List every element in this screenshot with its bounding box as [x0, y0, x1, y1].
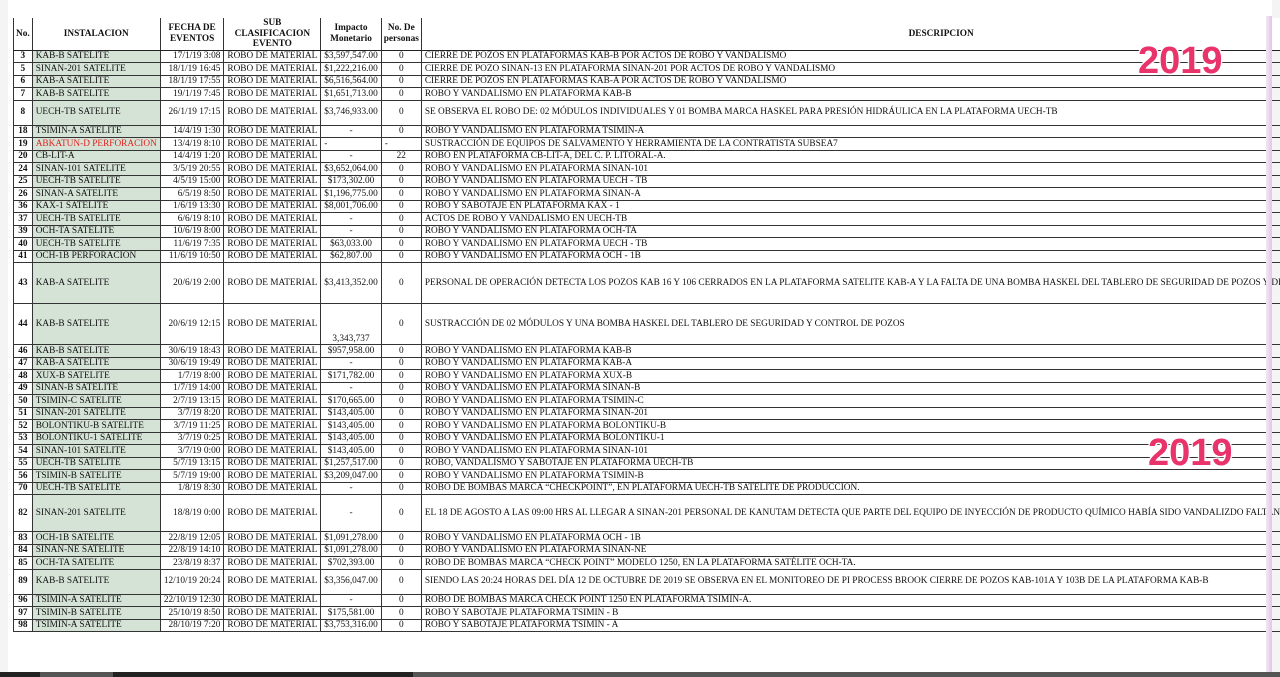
cell-descripcion: ROBO Y VANDALISMO EN PLATAFORMA UECH - T… [421, 175, 1280, 188]
cell-instalacion: UECH-TB SATELITE [32, 238, 160, 251]
table-row: 43KAB-A SATELITE20/6/19 2:00ROBO DE MATE… [14, 263, 1280, 304]
document-page: No. INSTALACION FECHA DE EVENTOS SUB CLA… [8, 0, 1272, 672]
cell-no: 8 [14, 100, 33, 125]
cell-fecha: 4/5/19 15:00 [160, 175, 224, 188]
cell-impacto: 3,343,737 [321, 304, 381, 345]
table-row: 96TSIMIN-A SATELITE22/10/19 12:30ROBO DE… [14, 594, 1280, 607]
table-row: 50TSIMIN-C SATELITE2/7/19 13:15ROBO DE M… [14, 395, 1280, 408]
table-row: 24SINAN-101 SATELITE3/5/19 20:55ROBO DE … [14, 163, 1280, 176]
cell-impacto: $6,516,564.00 [321, 75, 381, 88]
cell-fecha: 5/7/19 13:15 [160, 457, 224, 470]
cell-fecha: 13/4/19 8:10 [160, 138, 224, 151]
cell-sub-clasificacion: ROBO DE MATERIAL [224, 357, 321, 370]
cell-fecha: 30/6/19 19:49 [160, 357, 224, 370]
cell-fecha: 10/6/19 8:00 [160, 225, 224, 238]
table-row: 70UECH-TB SATELITE1/8/19 8:30ROBO DE MAT… [14, 482, 1280, 495]
year-stamp: 2019 [1148, 432, 1233, 475]
cell-sub-clasificacion: ROBO DE MATERIAL [224, 200, 321, 213]
cell-instalacion: TSIMIN-A SATELITE [32, 125, 160, 138]
table-row: 8UECH-TB SATELITE26/1/19 17:15ROBO DE MA… [14, 100, 1280, 125]
cell-instalacion: KAB-B SATELITE [32, 304, 160, 345]
cell-no: 97 [14, 607, 33, 620]
cell-descripcion: ROBO DE BOMBAS MARCA “CHECKPOINT”, EN PL… [421, 482, 1280, 495]
cell-instalacion: TSIMIN-B SATELITE [32, 470, 160, 483]
header-fecha: FECHA DE EVENTOS [160, 18, 224, 50]
cell-impacto: - [321, 482, 381, 495]
cell-personas: 0 [381, 432, 421, 445]
table-row: 55UECH-TB SATELITE5/7/19 13:15ROBO DE MA… [14, 457, 1280, 470]
cell-descripcion: ROBO Y VANDALISMO EN PLATAFORMA SINAN-10… [421, 163, 1280, 176]
cell-descripcion: ROBO DE BOMBAS MARCA CHECK POINT 1250 EN… [421, 594, 1280, 607]
cell-fecha: 11/6/19 10:50 [160, 250, 224, 263]
cell-fecha: 22/10/19 12:30 [160, 594, 224, 607]
table-row: 56TSIMIN-B SATELITE5/7/19 19:00ROBO DE M… [14, 470, 1280, 483]
cell-personas: 0 [381, 544, 421, 557]
cell-impacto: $1,091,278.00 [321, 532, 381, 545]
table-row: 83OCH-1B SATELITE22/8/19 12:05ROBO DE MA… [14, 532, 1280, 545]
cell-fecha: 14/4/19 1:30 [160, 125, 224, 138]
cell-descripcion: ROBO Y VANDALISMO EN PLATAFORMA OCH-TA [421, 225, 1280, 238]
cell-personas: 0 [381, 50, 421, 63]
cell-instalacion: KAB-A SATELITE [32, 357, 160, 370]
cell-fecha: 12/10/19 20:24 [160, 569, 224, 594]
cell-personas: 0 [381, 370, 421, 383]
cell-impacto: $1,196,775.00 [321, 188, 381, 201]
cell-descripcion: ROBO Y VANDALISMO EN PLATAFORMA SINAN-A [421, 188, 1280, 201]
cell-no: 51 [14, 407, 33, 420]
table-row: 7KAB-B SATELITE19/1/19 7:45ROBO DE MATER… [14, 88, 1280, 101]
cell-no: 40 [14, 238, 33, 251]
cell-sub-clasificacion: ROBO DE MATERIAL [224, 150, 321, 163]
cell-impacto: $1,257,517.00 [321, 457, 381, 470]
cell-no: 25 [14, 175, 33, 188]
cell-no: 41 [14, 250, 33, 263]
table-row: 89KAB-B SATELITE12/10/19 20:24ROBO DE MA… [14, 569, 1280, 594]
table-row: 49SINAN-B SATELITE1/7/19 14:00ROBO DE MA… [14, 382, 1280, 395]
cell-impacto: $3,413,352.00 [321, 263, 381, 304]
cell-descripcion: PERSONAL DE OPERACIÓN DETECTA LOS POZOS … [421, 263, 1280, 304]
cell-descripcion: ROBO Y VANDALISMO EN PLATAFORMA TSIMIN-A [421, 125, 1280, 138]
table-row: 19ABKATUN-D PERFORACION13/4/19 8:10ROBO … [14, 138, 1280, 151]
cell-no: 24 [14, 163, 33, 176]
cell-no: 84 [14, 544, 33, 557]
cell-sub-clasificacion: ROBO DE MATERIAL [224, 544, 321, 557]
cell-sub-clasificacion: ROBO DE MATERIAL [224, 138, 321, 151]
cell-impacto: - [321, 594, 381, 607]
cell-descripcion: SE OBSERVA EL ROBO DE: 02 MÓDULOS INDIVI… [421, 100, 1280, 125]
cell-impacto: - [321, 213, 381, 226]
cell-no: 6 [14, 75, 33, 88]
cell-fecha: 19/1/19 7:45 [160, 88, 224, 101]
cell-instalacion: BOLONTIKU-1 SATELITE [32, 432, 160, 445]
table-row: 26SINAN-A SATELITE6/5/19 8:50ROBO DE MAT… [14, 188, 1280, 201]
cell-sub-clasificacion: ROBO DE MATERIAL [224, 304, 321, 345]
page-edge-decoration [1266, 16, 1272, 672]
cell-fecha: 26/1/19 17:15 [160, 100, 224, 125]
cell-personas: 0 [381, 75, 421, 88]
cell-fecha: 30/6/19 18:43 [160, 345, 224, 358]
cell-impacto: $1,651,713.00 [321, 88, 381, 101]
table-row: 3KAB-B SATELITE17/1/19 3:08ROBO DE MATER… [14, 50, 1280, 63]
cell-fecha: 2/7/19 13:15 [160, 395, 224, 408]
header-personas: No. De personas [381, 18, 421, 50]
cell-instalacion: UECH-TB SATELITE [32, 100, 160, 125]
cell-sub-clasificacion: ROBO DE MATERIAL [224, 63, 321, 76]
cell-descripcion: ROBO Y VANDALISMO EN PLATAFORMA SINAN-B [421, 382, 1280, 395]
cell-impacto: $957,958.00 [321, 345, 381, 358]
cell-sub-clasificacion: ROBO DE MATERIAL [224, 125, 321, 138]
cell-instalacion: SINAN-201 SATELITE [32, 407, 160, 420]
cell-instalacion: SINAN-101 SATELITE [32, 163, 160, 176]
cell-impacto: $62,807.00 [321, 250, 381, 263]
cell-fecha: 25/10/19 8:50 [160, 607, 224, 620]
cell-instalacion: TSIMIN-A SATELITE [32, 619, 160, 632]
cell-no: 20 [14, 150, 33, 163]
table-row: 39OCH-TA SATELITE10/6/19 8:00ROBO DE MAT… [14, 225, 1280, 238]
cell-fecha: 3/7/19 11:25 [160, 420, 224, 433]
cell-personas: 0 [381, 395, 421, 408]
cell-sub-clasificacion: ROBO DE MATERIAL [224, 407, 321, 420]
cell-sub-clasificacion: ROBO DE MATERIAL [224, 225, 321, 238]
cell-descripcion: SUSTRACCIÓN DE EQUIPOS DE SALVAMENTO Y H… [421, 138, 1280, 151]
table-row: 53BOLONTIKU-1 SATELITE3/7/19 0:25ROBO DE… [14, 432, 1280, 445]
cell-descripcion: ROBO EN PLATAFORMA CB-LIT-A, DEL C. P. L… [421, 150, 1280, 163]
cell-personas: 0 [381, 532, 421, 545]
cell-instalacion: SINAN-201 SATELITE [32, 495, 160, 532]
cell-sub-clasificacion: ROBO DE MATERIAL [224, 607, 321, 620]
cell-no: 82 [14, 495, 33, 532]
cell-personas: 0 [381, 63, 421, 76]
cell-impacto: $3,746,933.00 [321, 100, 381, 125]
cell-descripcion: ROBO Y VANDALISMO EN PLATAFORMA SINAN-20… [421, 407, 1280, 420]
table-row: 48XUX-B SATELITE1/7/19 8:00ROBO DE MATER… [14, 370, 1280, 383]
events-table: No. INSTALACION FECHA DE EVENTOS SUB CLA… [13, 18, 1280, 632]
cell-no: 39 [14, 225, 33, 238]
cell-descripcion: ROBO Y VANDALISMO EN PLATAFORMA UECH - T… [421, 238, 1280, 251]
cell-fecha: 6/6/19 8:10 [160, 213, 224, 226]
cell-personas: 0 [381, 263, 421, 304]
cell-no: 47 [14, 357, 33, 370]
cell-no: 89 [14, 569, 33, 594]
cell-instalacion: BOLONTIKU-B SATELITE [32, 420, 160, 433]
cell-personas: 0 [381, 569, 421, 594]
cell-sub-clasificacion: ROBO DE MATERIAL [224, 75, 321, 88]
cell-instalacion: OCH-TA SATELITE [32, 225, 160, 238]
cell-instalacion: ABKATUN-D PERFORACION [32, 138, 160, 151]
table-row: 20CB-LIT-A14/4/19 1:20ROBO DE MATERIAL-2… [14, 150, 1280, 163]
sheet-tab-bar [0, 672, 1280, 677]
cell-instalacion: KAX-1 SATELITE [32, 200, 160, 213]
table-row: 41OCH-1B PERFORACION11/6/19 10:50ROBO DE… [14, 250, 1280, 263]
cell-personas: 0 [381, 420, 421, 433]
table-row: 40UECH-TB SATELITE11/6/19 7:35ROBO DE MA… [14, 238, 1280, 251]
cell-impacto: $3,209,047.00 [321, 470, 381, 483]
cell-descripcion: ROBO Y SABOTAJE PLATAFORMA TSIMIN - B [421, 607, 1280, 620]
cell-no: 50 [14, 395, 33, 408]
cell-no: 48 [14, 370, 33, 383]
cell-descripcion: ROBO Y VANDALISMO EN PLATAFORMA KAB-B [421, 345, 1280, 358]
cell-instalacion: OCH-1B PERFORACION [32, 250, 160, 263]
cell-no: 5 [14, 63, 33, 76]
cell-descripcion: ROBO Y VANDALISMO EN PLATAFORMA OCH - 1B [421, 250, 1280, 263]
table-row: 5SINAN-201 SATELITE18/1/19 16:45ROBO DE … [14, 63, 1280, 76]
cell-personas: 0 [381, 482, 421, 495]
table-row: 37UECH-TB SATELITE6/6/19 8:10ROBO DE MAT… [14, 213, 1280, 226]
cell-personas: 0 [381, 88, 421, 101]
cell-no: 18 [14, 125, 33, 138]
table-row: 84SINAN-NE SATELITE22/8/19 14:10ROBO DE … [14, 544, 1280, 557]
cell-sub-clasificacion: ROBO DE MATERIAL [224, 495, 321, 532]
cell-no: 83 [14, 532, 33, 545]
cell-no: 43 [14, 263, 33, 304]
cell-no: 98 [14, 619, 33, 632]
cell-personas: 0 [381, 557, 421, 570]
cell-sub-clasificacion: ROBO DE MATERIAL [224, 470, 321, 483]
header-no: No. [14, 18, 33, 50]
cell-sub-clasificacion: ROBO DE MATERIAL [224, 370, 321, 383]
cell-sub-clasificacion: ROBO DE MATERIAL [224, 569, 321, 594]
header-instalacion: INSTALACION [32, 18, 160, 50]
cell-personas: 0 [381, 213, 421, 226]
cell-instalacion: SINAN-A SATELITE [32, 188, 160, 201]
cell-descripcion: ROBO DE BOMBAS MARCA “CHECK POINT” MODEL… [421, 557, 1280, 570]
cell-impacto: - [321, 138, 381, 151]
cell-no: 85 [14, 557, 33, 570]
cell-impacto: - [321, 225, 381, 238]
cell-fecha: 22/8/19 14:10 [160, 544, 224, 557]
cell-personas: 0 [381, 607, 421, 620]
cell-personas: 0 [381, 382, 421, 395]
cell-instalacion: TSIMIN-B SATELITE [32, 607, 160, 620]
cell-impacto: $8,001,706.00 [321, 200, 381, 213]
cell-fecha: 20/6/19 12:15 [160, 304, 224, 345]
cell-personas: 0 [381, 470, 421, 483]
cell-impacto: - [321, 382, 381, 395]
cell-personas: 0 [381, 225, 421, 238]
cell-no: 54 [14, 445, 33, 458]
sheet-tab[interactable] [0, 672, 40, 677]
cell-personas: 0 [381, 163, 421, 176]
cell-sub-clasificacion: ROBO DE MATERIAL [224, 250, 321, 263]
cell-sub-clasificacion: ROBO DE MATERIAL [224, 263, 321, 304]
cell-personas: 0 [381, 188, 421, 201]
cell-no: 19 [14, 138, 33, 151]
cell-no: 55 [14, 457, 33, 470]
cell-fecha: 5/7/19 19:00 [160, 470, 224, 483]
cell-instalacion: UECH-TB SATELITE [32, 457, 160, 470]
cell-descripcion: ROBO Y VANDALISMO EN PLATAFORMA SINAN-NE [421, 544, 1280, 557]
cell-impacto: $3,356,047.00 [321, 569, 381, 594]
cell-no: 49 [14, 382, 33, 395]
cell-sub-clasificacion: ROBO DE MATERIAL [224, 532, 321, 545]
cell-instalacion: KAB-A SATELITE [32, 75, 160, 88]
table-row: 44KAB-B SATELITE20/6/19 12:15ROBO DE MAT… [14, 304, 1280, 345]
cell-descripcion: ROBO Y SABOTAJE PLATAFORMA TSIMIN - A [421, 619, 1280, 632]
cell-personas: 0 [381, 100, 421, 125]
cell-personas: 0 [381, 200, 421, 213]
cell-fecha: 1/6/19 13:30 [160, 200, 224, 213]
cell-personas: 0 [381, 594, 421, 607]
cell-personas: 0 [381, 495, 421, 532]
cell-instalacion: OCH-1B SATELITE [32, 532, 160, 545]
cell-sub-clasificacion: ROBO DE MATERIAL [224, 88, 321, 101]
cell-personas: 0 [381, 457, 421, 470]
cell-impacto: $1,091,278.00 [321, 544, 381, 557]
cell-no: 36 [14, 200, 33, 213]
cell-instalacion: CB-LIT-A [32, 150, 160, 163]
cell-descripcion: ROBO Y VANDALISMO EN PLATAFORMA OCH - 1B [421, 532, 1280, 545]
cell-impacto: - [321, 357, 381, 370]
cell-no: 37 [14, 213, 33, 226]
table-row: 51SINAN-201 SATELITE3/7/19 8:20ROBO DE M… [14, 407, 1280, 420]
cell-sub-clasificacion: ROBO DE MATERIAL [224, 100, 321, 125]
cell-impacto: $1,222,216.00 [321, 63, 381, 76]
cell-fecha: 18/1/19 17:55 [160, 75, 224, 88]
cell-personas: 0 [381, 175, 421, 188]
cell-instalacion: SINAN-101 SATELITE [32, 445, 160, 458]
cell-sub-clasificacion: ROBO DE MATERIAL [224, 482, 321, 495]
sheet-tab[interactable] [113, 672, 413, 677]
cell-personas: 22 [381, 150, 421, 163]
table-row: 46KAB-B SATELITE30/6/19 18:43ROBO DE MAT… [14, 345, 1280, 358]
cell-impacto: $3,753,316.00 [321, 619, 381, 632]
table-row: 18TSIMIN-A SATELITE14/4/19 1:30ROBO DE M… [14, 125, 1280, 138]
cell-fecha: 20/6/19 2:00 [160, 263, 224, 304]
table-row: 82SINAN-201 SATELITE18/8/19 0:00ROBO DE … [14, 495, 1280, 532]
cell-descripcion: EL 18 DE AGOSTO A LAS 09:00 HRS AL LLEGA… [421, 495, 1280, 532]
cell-descripcion: ROBO Y VANDALISMO EN PLATAFORMA KAB-B [421, 88, 1280, 101]
cell-descripcion: ROBO Y SABOTAJE EN PLATAFORMA KAX - 1 [421, 200, 1280, 213]
cell-impacto: $143,405.00 [321, 432, 381, 445]
table-row: 54SINAN-101 SATELITE3/7/19 0:00ROBO DE M… [14, 445, 1280, 458]
cell-fecha: 1/8/19 8:30 [160, 482, 224, 495]
cell-fecha: 11/6/19 7:35 [160, 238, 224, 251]
cell-personas: 0 [381, 238, 421, 251]
cell-personas: 0 [381, 125, 421, 138]
cell-sub-clasificacion: ROBO DE MATERIAL [224, 213, 321, 226]
cell-personas: 0 [381, 250, 421, 263]
cell-impacto: $63,033.00 [321, 238, 381, 251]
cell-fecha: 3/7/19 0:00 [160, 445, 224, 458]
cell-sub-clasificacion: ROBO DE MATERIAL [224, 163, 321, 176]
cell-personas: 0 [381, 304, 421, 345]
cell-fecha: 1/7/19 14:00 [160, 382, 224, 395]
cell-impacto: - [321, 125, 381, 138]
cell-impacto: - [321, 150, 381, 163]
cell-instalacion: KAB-B SATELITE [32, 50, 160, 63]
table-row: 47KAB-A SATELITE30/6/19 19:49ROBO DE MAT… [14, 357, 1280, 370]
cell-impacto: $702,393.00 [321, 557, 381, 570]
cell-fecha: 14/4/19 1:20 [160, 150, 224, 163]
cell-instalacion: KAB-B SATELITE [32, 569, 160, 594]
cell-impacto: $173,302.00 [321, 175, 381, 188]
cell-personas: 0 [381, 345, 421, 358]
cell-no: 53 [14, 432, 33, 445]
cell-personas: 0 [381, 357, 421, 370]
cell-instalacion: TSIMIN-A SATELITE [32, 594, 160, 607]
table-row: 85OCH-TA SATELITE23/8/19 8:37ROBO DE MAT… [14, 557, 1280, 570]
cell-no: 96 [14, 594, 33, 607]
header-impacto: Impacto Monetario [321, 18, 381, 50]
table-row: 36KAX-1 SATELITE1/6/19 13:30ROBO DE MATE… [14, 200, 1280, 213]
cell-no: 70 [14, 482, 33, 495]
table-header-row: No. INSTALACION FECHA DE EVENTOS SUB CLA… [14, 18, 1280, 50]
cell-sub-clasificacion: ROBO DE MATERIAL [224, 432, 321, 445]
cell-instalacion: KAB-B SATELITE [32, 88, 160, 101]
cell-impacto: $3,597,547.00 [321, 50, 381, 63]
cell-instalacion: TSIMIN-C SATELITE [32, 395, 160, 408]
cell-no: 44 [14, 304, 33, 345]
cell-instalacion: OCH-TA SATELITE [32, 557, 160, 570]
cell-instalacion: SINAN-201 SATELITE [32, 63, 160, 76]
cell-descripcion: ROBO Y VANDALISMO EN PLATAFORMA BOLONTIK… [421, 420, 1280, 433]
cell-no: 26 [14, 188, 33, 201]
cell-fecha: 3/5/19 20:55 [160, 163, 224, 176]
cell-impacto: $3,652,064.00 [321, 163, 381, 176]
cell-sub-clasificacion: ROBO DE MATERIAL [224, 594, 321, 607]
cell-sub-clasificacion: ROBO DE MATERIAL [224, 619, 321, 632]
cell-descripcion: SIENDO LAS 20:24 HORAS DEL DÍA 12 DE OCT… [421, 569, 1280, 594]
cell-instalacion: SINAN-NE SATELITE [32, 544, 160, 557]
cell-sub-clasificacion: ROBO DE MATERIAL [224, 557, 321, 570]
cell-no: 56 [14, 470, 33, 483]
cell-descripcion: ROBO Y VANDALISMO EN PLATAFORMA XUX-B [421, 370, 1280, 383]
cell-impacto: $143,405.00 [321, 407, 381, 420]
cell-no: 3 [14, 50, 33, 63]
cell-fecha: 17/1/19 3:08 [160, 50, 224, 63]
cell-descripcion: SUSTRACCIÓN DE 02 MÓDULOS Y UNA BOMBA HA… [421, 304, 1280, 345]
cell-fecha: 3/7/19 8:20 [160, 407, 224, 420]
cell-sub-clasificacion: ROBO DE MATERIAL [224, 382, 321, 395]
cell-descripcion: ROBO Y VANDALISMO EN PLATAFORMA TSIMIN-C [421, 395, 1280, 408]
header-sub-clasificacion: SUB CLASIFICACION EVENTO [224, 18, 321, 50]
table-row: 97TSIMIN-B SATELITE25/10/19 8:50ROBO DE … [14, 607, 1280, 620]
cell-descripcion: ACTOS DE ROBO Y VANDALISMO EN UECH-TB [421, 213, 1280, 226]
cell-sub-clasificacion: ROBO DE MATERIAL [224, 188, 321, 201]
table-row: 6KAB-A SATELITE18/1/19 17:55ROBO DE MATE… [14, 75, 1280, 88]
cell-fecha: 28/10/19 7:20 [160, 619, 224, 632]
cell-sub-clasificacion: ROBO DE MATERIAL [224, 395, 321, 408]
cell-personas: 0 [381, 445, 421, 458]
cell-instalacion: KAB-B SATELITE [32, 345, 160, 358]
cell-fecha: 6/5/19 8:50 [160, 188, 224, 201]
cell-sub-clasificacion: ROBO DE MATERIAL [224, 457, 321, 470]
cell-sub-clasificacion: ROBO DE MATERIAL [224, 238, 321, 251]
cell-impacto: $171,782.00 [321, 370, 381, 383]
cell-fecha: 1/7/19 8:00 [160, 370, 224, 383]
cell-instalacion: UECH-TB SATELITE [32, 482, 160, 495]
cell-impacto: $143,405.00 [321, 445, 381, 458]
cell-instalacion: UECH-TB SATELITE [32, 175, 160, 188]
cell-sub-clasificacion: ROBO DE MATERIAL [224, 345, 321, 358]
cell-fecha: 18/8/19 0:00 [160, 495, 224, 532]
cell-no: 52 [14, 420, 33, 433]
year-stamp: 2019 [1138, 40, 1223, 83]
cell-sub-clasificacion: ROBO DE MATERIAL [224, 175, 321, 188]
cell-instalacion: XUX-B SATELITE [32, 370, 160, 383]
cell-fecha: 18/1/19 16:45 [160, 63, 224, 76]
cell-personas: 0 [381, 407, 421, 420]
cell-sub-clasificacion: ROBO DE MATERIAL [224, 420, 321, 433]
cell-instalacion: UECH-TB SATELITE [32, 213, 160, 226]
cell-fecha: 23/8/19 8:37 [160, 557, 224, 570]
cell-descripcion: ROBO Y VANDALISMO EN PLATAFORMA KAB-A [421, 357, 1280, 370]
cell-personas: 0 [381, 619, 421, 632]
table-row: 25UECH-TB SATELITE4/5/19 15:00ROBO DE MA… [14, 175, 1280, 188]
cell-fecha: 3/7/19 0:25 [160, 432, 224, 445]
table-row: 52BOLONTIKU-B SATELITE3/7/19 11:25ROBO D… [14, 420, 1280, 433]
cell-impacto: $143,405.00 [321, 420, 381, 433]
